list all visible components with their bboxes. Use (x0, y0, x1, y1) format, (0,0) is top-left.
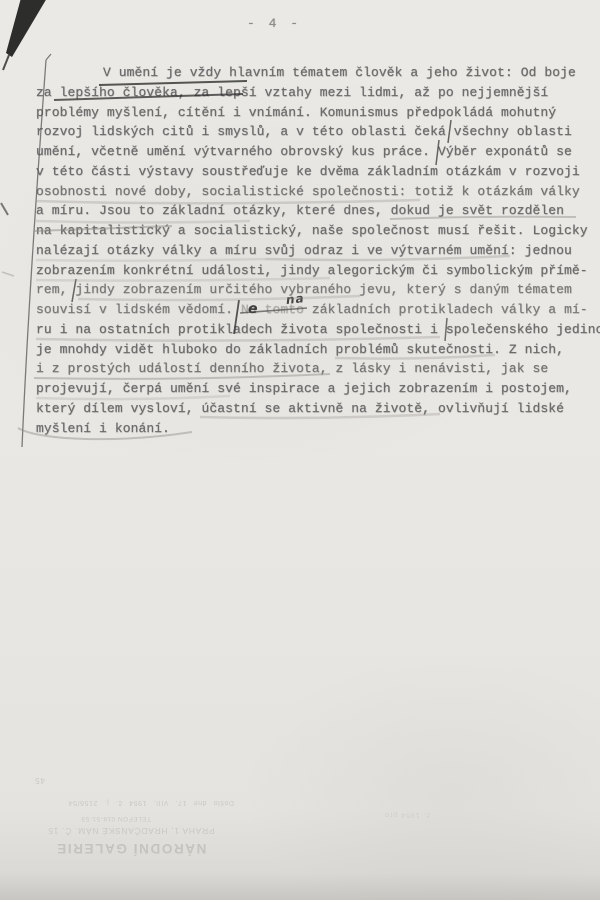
stamp-gallery-name: NÁRODNÍ GALERIE (28, 841, 234, 856)
typed-line: na kapitalistický a socialistický, naše … (36, 221, 600, 241)
typed-line: zobrazením konkrétní události, jindy ale… (36, 261, 600, 281)
typed-paragraph: V umění je vždy hlavním tématem člověk a… (36, 63, 600, 438)
typed-line: rozvoj lidských citů i smyslů, a v této … (36, 122, 600, 142)
scanned-page: - 4 - V umění je vždy hlavním tématem čl… (0, 0, 600, 900)
typed-line: který dílem vysloví, účastní se aktivně … (36, 399, 600, 419)
handwritten-insert: e (247, 300, 258, 320)
typed-line: za lepšího člověka, za lepší vztahy mezi… (36, 83, 600, 103)
typed-line: V umění je vždy hlavním tématem člověk a… (36, 63, 600, 83)
typed-line: a míru. Jsou to základní otázky, které d… (36, 201, 600, 221)
typed-line: je mnohdy vidět hluboko do základních pr… (36, 340, 600, 360)
typed-line: umění, včetně umění výtvarného obrovský … (36, 142, 600, 162)
typed-line-with-correction: souvisí v lidském vědomí. Na tomto zákla… (36, 300, 600, 320)
typed-line: projevují, čerpá umění své inspirace a j… (36, 379, 600, 399)
typed-line: i z prostých událostí denního života, z … (36, 359, 600, 379)
handwritten-correction: na (285, 289, 306, 311)
faint-margin-note: č. 1954 pro (352, 811, 430, 818)
typed-line: v této části výstavy soustřeďuje ke dvěm… (36, 162, 600, 182)
typed-line: rem, jindy zobrazením určitého vybraného… (36, 280, 600, 300)
stamp-received-line: Došlo dne 17. VIII. 1954 č. j. 2156/54 (28, 799, 234, 806)
typed-line: myšlení i konání. (36, 419, 600, 439)
typed-line: ru i na ostatních protikladech života sp… (36, 320, 600, 340)
typed-line: nalézají otázky války a míru svůj odraz … (36, 241, 600, 261)
typed-line: osobnosti nové doby, socialistické spole… (36, 182, 600, 202)
stamp-address: PRAHA 1, HRADČANSKÉ NÁM. Č. 15 (28, 826, 234, 836)
page-number: - 4 - (0, 16, 548, 31)
bleed-through-stamp: NÁRODNÍ GALERIE PRAHA 1, HRADČANSKÉ NÁM.… (28, 752, 234, 856)
stamp-number: 45 (28, 776, 234, 785)
stamp-phone: TELEFON 018-51-53 (28, 815, 234, 822)
typed-line: problémy myšlení, cítění i vnímání. Komu… (36, 103, 600, 123)
